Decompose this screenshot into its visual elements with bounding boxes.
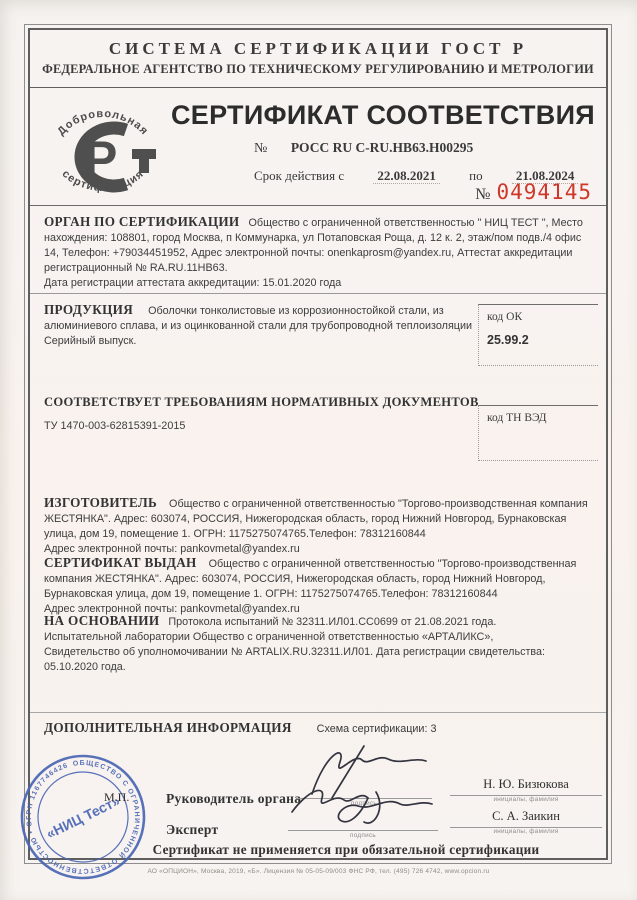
valid-from-date: 22.08.2021 xyxy=(373,168,440,184)
expert-signature-caption: подпись xyxy=(288,832,438,839)
expert-signature-icon xyxy=(288,778,442,830)
expert-name: С. А. Заикин xyxy=(450,809,602,828)
reg-number-value: РОСС RU C-RU.НВ63.Н00295 xyxy=(291,140,473,155)
section-manufacturer: ИЗГОТОВИТЕЛЬ Общество с ограниченной отв… xyxy=(30,487,606,547)
certificate-page: СИСТЕМА СЕРТИФИКАЦИИ ГОСТ Р ФЕДЕРАЛЬНОЕ … xyxy=(0,0,637,900)
nits-test-round-stamp-icon: ОБЩЕСТВО С ОГРАНИЧЕННОЙ ОТВЕТСТВЕННОСТЬЮ… xyxy=(16,750,150,884)
rst-voluntary-certification-logo-icon: Добровольная сертификация Р xyxy=(42,94,164,204)
product-release-type: Серийный выпуск. xyxy=(44,334,489,349)
additional-text: Схема сертификации: 3 xyxy=(317,723,437,735)
head-name: Н. Ю. Бизюкова xyxy=(450,777,602,796)
section-requirements: СООТВЕТСТВУЕТ ТРЕБОВАНИЯМ НОРМАТИВНЫХ ДО… xyxy=(30,387,606,487)
section-additional-info: ДОПОЛНИТЕЛЬНАЯ ИНФОРМАЦИЯ Схема сертифик… xyxy=(44,720,436,736)
logo-t-shape xyxy=(132,149,156,173)
expert-name-block: С. А. Заикин инициалы, фамилия xyxy=(450,809,602,835)
head-role-label: Руководитель органа xyxy=(166,791,301,806)
system-title: СИСТЕМА СЕРТИФИКАЦИИ ГОСТ Р xyxy=(30,39,606,59)
head-name-caption: инициалы, фамилия xyxy=(450,796,602,803)
section-product: ПРОДУКЦИЯ Оболочки тонколистовые из корр… xyxy=(30,294,606,387)
inner-frame: СИСТЕМА СЕРТИФИКАЦИИ ГОСТ Р ФЕДЕРАЛЬНОЕ … xyxy=(28,28,608,860)
form-number-digits: 0494145 xyxy=(496,180,592,204)
code-tnved-box: код ТН ВЭД xyxy=(478,405,598,461)
agency-line: ФЕДЕРАЛЬНОЕ АГЕНТСТВО ПО ТЕХНИЧЕСКОМУ РЕ… xyxy=(30,62,606,77)
validity-prefix: Срок действия с xyxy=(254,168,344,183)
registration-number-row: № РОСС RU C-RU.НВ63.Н00295 xyxy=(254,140,473,157)
code-ok-label: код ОК xyxy=(487,310,590,326)
product-heading: ПРОДУКЦИЯ xyxy=(44,302,133,317)
no-mandatory-certification-note: Сертификат не применяется при обязательн… xyxy=(30,842,606,858)
expert-name-caption: инициалы, фамилия xyxy=(450,828,602,835)
mp-placeholder-label: М.П. xyxy=(104,790,129,805)
certificate-title: СЕРТИФИКАТ СООТВЕТСТВИЯ xyxy=(168,100,598,131)
code-ok-value: 25.99.2 xyxy=(487,332,590,349)
header-band: СИСТЕМА СЕРТИФИКАЦИИ ГОСТ Р ФЕДЕРАЛЬНОЕ … xyxy=(30,30,606,88)
expert-role-row: Эксперт xyxy=(166,821,218,839)
certification-body-reg-date: Дата регистрации аттестата аккредитации:… xyxy=(44,276,592,291)
section-basis: НА ОСНОВАНИИ Протокола испытаний № 32311… xyxy=(30,605,606,675)
basis-heading: НА ОСНОВАНИИ xyxy=(44,613,159,628)
additional-separator xyxy=(30,712,606,713)
section-issued-to: СЕРТИФИКАТ ВЫДАН Общество с ограниченной… xyxy=(30,547,606,605)
head-name-block: Н. Ю. Бизюкова инициалы, фамилия xyxy=(450,777,602,803)
section-certification-body: ОРГАН ПО СЕРТИФИКАЦИИ Общество с огранич… xyxy=(30,206,606,294)
head-role-row: Руководитель органа xyxy=(166,790,301,808)
reg-number-label: № xyxy=(254,141,267,156)
issued-to-heading: СЕРТИФИКАТ ВЫДАН xyxy=(44,555,197,570)
certificate-header: Добровольная сертификация Р СЕРТИФИКАТ С… xyxy=(30,88,606,206)
code-ok-box: код ОК 25.99.2 xyxy=(478,304,598,366)
logo-r-letter: Р xyxy=(84,131,117,187)
expert-role-label: Эксперт xyxy=(166,822,218,837)
form-number-label: № xyxy=(475,186,490,203)
additional-heading: ДОПОЛНИТЕЛЬНАЯ ИНФОРМАЦИЯ xyxy=(44,720,292,735)
manufacturer-heading: ИЗГОТОВИТЕЛЬ xyxy=(44,495,157,510)
outer-frame: СИСТЕМА СЕРТИФИКАЦИИ ГОСТ Р ФЕДЕРАЛЬНОЕ … xyxy=(24,24,612,864)
certification-body-heading: ОРГАН ПО СЕРТИФИКАЦИИ xyxy=(44,214,240,229)
code-tnved-label: код ТН ВЭД xyxy=(487,411,590,427)
blank-print-info: АО «ОПЦИОН», Москва, 2019, «Б». Лицензия… xyxy=(0,868,637,875)
form-number: №0494145 xyxy=(475,180,592,204)
